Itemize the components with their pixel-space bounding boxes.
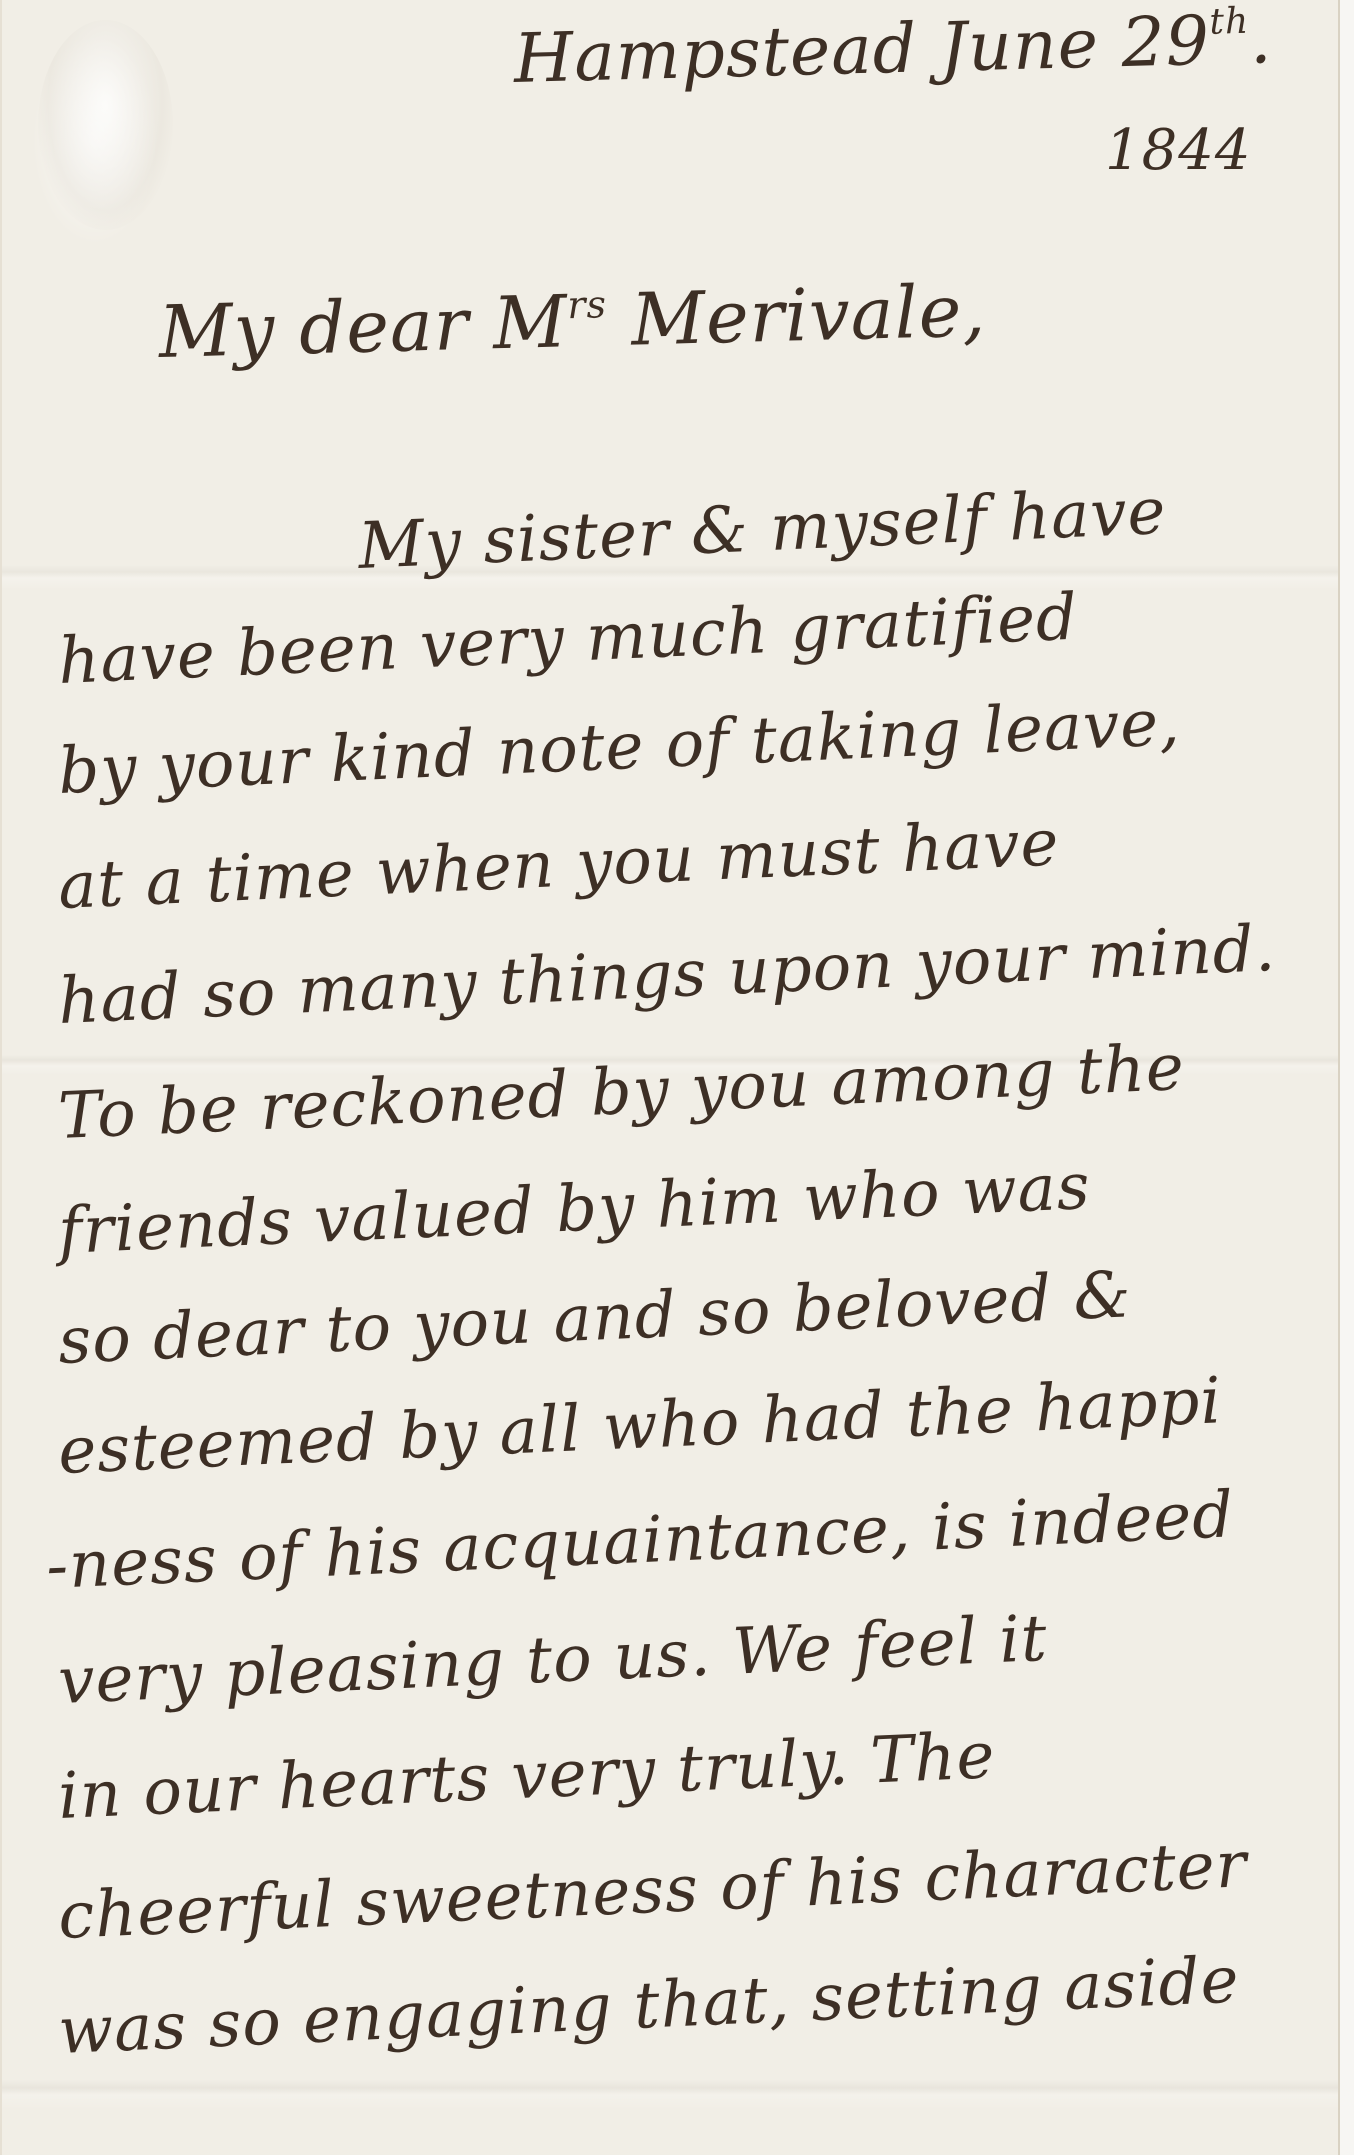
body-line: was so engaging that, setting aside xyxy=(57,1944,1241,2069)
body-line: My sister & myself have xyxy=(357,475,1168,584)
body-line: cheerful sweetness of his character xyxy=(57,1828,1249,1954)
salutation-prefix: My dear M xyxy=(158,279,569,374)
date-ordinal: th xyxy=(1209,1,1250,43)
body-line: -ness of his acquaintance, is indeed xyxy=(45,1478,1236,1604)
embossed-stamp xyxy=(38,20,173,230)
salutation: My dear Mrs Merivale, xyxy=(158,268,987,374)
body-line: had so many things upon your mind. xyxy=(57,912,1278,1039)
body-line: in our hearts very truly. The xyxy=(57,1719,997,1834)
scan-edge-margin xyxy=(1340,0,1354,2155)
place-date-text: Hampstead June 29 xyxy=(513,2,1211,99)
body-line: To be reckoned by you among the xyxy=(57,1031,1186,1154)
body-line: friends valued by him who was xyxy=(57,1150,1092,1269)
heading-place-date: Hampstead June 29th. xyxy=(513,0,1273,99)
heading-year: 1844 xyxy=(1105,118,1252,183)
body-line: have been very much gratified xyxy=(57,581,1080,699)
body-line: esteemed by all who had the happi xyxy=(57,1364,1224,1489)
body-line: very pleasing to us. We feel it xyxy=(57,1602,1049,1719)
body-line: at a time when you must have xyxy=(57,806,1061,924)
salutation-title-suffix: rs xyxy=(567,282,608,327)
salutation-name: Merivale, xyxy=(606,268,987,362)
body-line: by your kind note of taking leave, xyxy=(57,686,1182,809)
letter-page: Hampstead June 29th. 1844 My dear Mrs Me… xyxy=(0,0,1340,2155)
body-line: so dear to you and so beloved & xyxy=(57,1258,1133,1379)
